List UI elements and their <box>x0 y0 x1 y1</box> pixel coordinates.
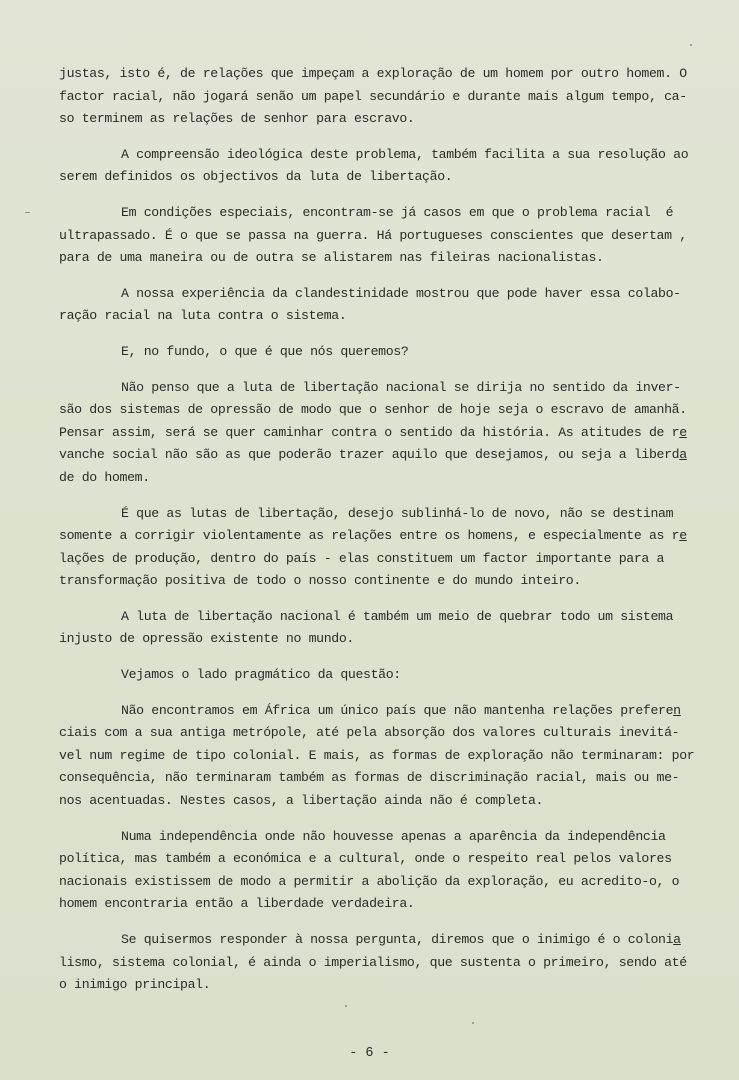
text-line: É que as lutas de libertação, desejo sub… <box>59 503 699 526</box>
paragraph: A nossa experiência da clandestinidade m… <box>59 283 699 328</box>
text-line: ciais com a sua antiga metrópole, até pe… <box>59 722 699 745</box>
text-line: homem encontraria então a liberdade verd… <box>59 893 699 916</box>
paragraph: Não penso que a luta de libertação nacio… <box>59 377 699 490</box>
text-line: nacionais existissem de modo a permitir … <box>59 871 699 894</box>
text-line: somente a corrigir violentamente as rela… <box>59 525 699 548</box>
text-line: ultrapassado. É o que se passa na guerra… <box>59 225 699 248</box>
text-line: Não encontramos em África um único país … <box>59 700 699 723</box>
document-page: justas, isto é, de relações que impeçam … <box>0 0 739 1080</box>
text-line: transformação positiva de todo o nosso c… <box>59 570 699 593</box>
text-line: nos acentuadas. Nestes casos, a libertaç… <box>59 790 699 813</box>
paragraph: Não encontramos em África um único país … <box>59 700 699 813</box>
text-line: Em condições especiais, encontram-se já … <box>59 202 699 225</box>
text-line: Vejamos o lado pragmático da questão: <box>59 664 699 687</box>
document-body: justas, isto é, de relações que impeçam … <box>59 63 699 1010</box>
text-line: vel num regime de tipo colonial. E mais,… <box>59 745 699 768</box>
text-line: justas, isto é, de relações que impeçam … <box>59 63 699 86</box>
text-line: A luta de libertação nacional é também u… <box>59 606 699 629</box>
text-line: lações de produção, dentro do país - ela… <box>59 548 699 571</box>
text-line: o inimigo principal. <box>59 974 699 997</box>
text-line: consequência, não terminaram também as f… <box>59 767 699 790</box>
text-line: factor racial, não jogará senão um papel… <box>59 86 699 109</box>
paper-speck <box>345 1005 347 1007</box>
paper-speck <box>690 44 692 46</box>
text-line: A nossa experiência da clandestinidade m… <box>59 283 699 306</box>
page-number: - 6 - <box>0 1046 739 1061</box>
text-line: são dos sistemas de opressão de modo que… <box>59 399 699 422</box>
paragraph: A luta de libertação nacional é também u… <box>59 606 699 651</box>
text-line: política, mas também a económica e a cul… <box>59 848 699 871</box>
text-line: ração racial na luta contra o sistema. <box>59 305 699 328</box>
text-line: E, no fundo, o que é que nós queremos? <box>59 341 699 364</box>
paper-speck <box>25 212 30 213</box>
paragraph: Vejamos o lado pragmático da questão: <box>59 664 699 687</box>
paragraph: A compreensão ideológica deste problema,… <box>59 144 699 189</box>
paragraph: Numa independência onde não houvesse ape… <box>59 826 699 916</box>
text-line: Não penso que a luta de libertação nacio… <box>59 377 699 400</box>
text-line: lismo, sistema colonial, é ainda o imper… <box>59 952 699 975</box>
paragraph: justas, isto é, de relações que impeçam … <box>59 63 699 131</box>
text-line: injusto de opressão existente no mundo. <box>59 628 699 651</box>
text-line: A compreensão ideológica deste problema,… <box>59 144 699 167</box>
paragraph: E, no fundo, o que é que nós queremos? <box>59 341 699 364</box>
paper-speck <box>472 1022 474 1024</box>
text-line: vanche social não são as que poderão tra… <box>59 444 699 467</box>
text-line: Se quisermos responder à nossa pergunta,… <box>59 929 699 952</box>
paragraph: Se quisermos responder à nossa pergunta,… <box>59 929 699 997</box>
text-line: Pensar assim, será se quer caminhar cont… <box>59 422 699 445</box>
text-line: de do homem. <box>59 467 699 490</box>
paragraph: Em condições especiais, encontram-se já … <box>59 202 699 270</box>
text-line: Numa independência onde não houvesse ape… <box>59 826 699 849</box>
text-line: serem definidos os objectivos da luta de… <box>59 166 699 189</box>
text-line: so terminem as relações de senhor para e… <box>59 108 699 131</box>
text-line: para de uma maneira ou de outra se alist… <box>59 247 699 270</box>
paragraph: É que as lutas de libertação, desejo sub… <box>59 503 699 593</box>
